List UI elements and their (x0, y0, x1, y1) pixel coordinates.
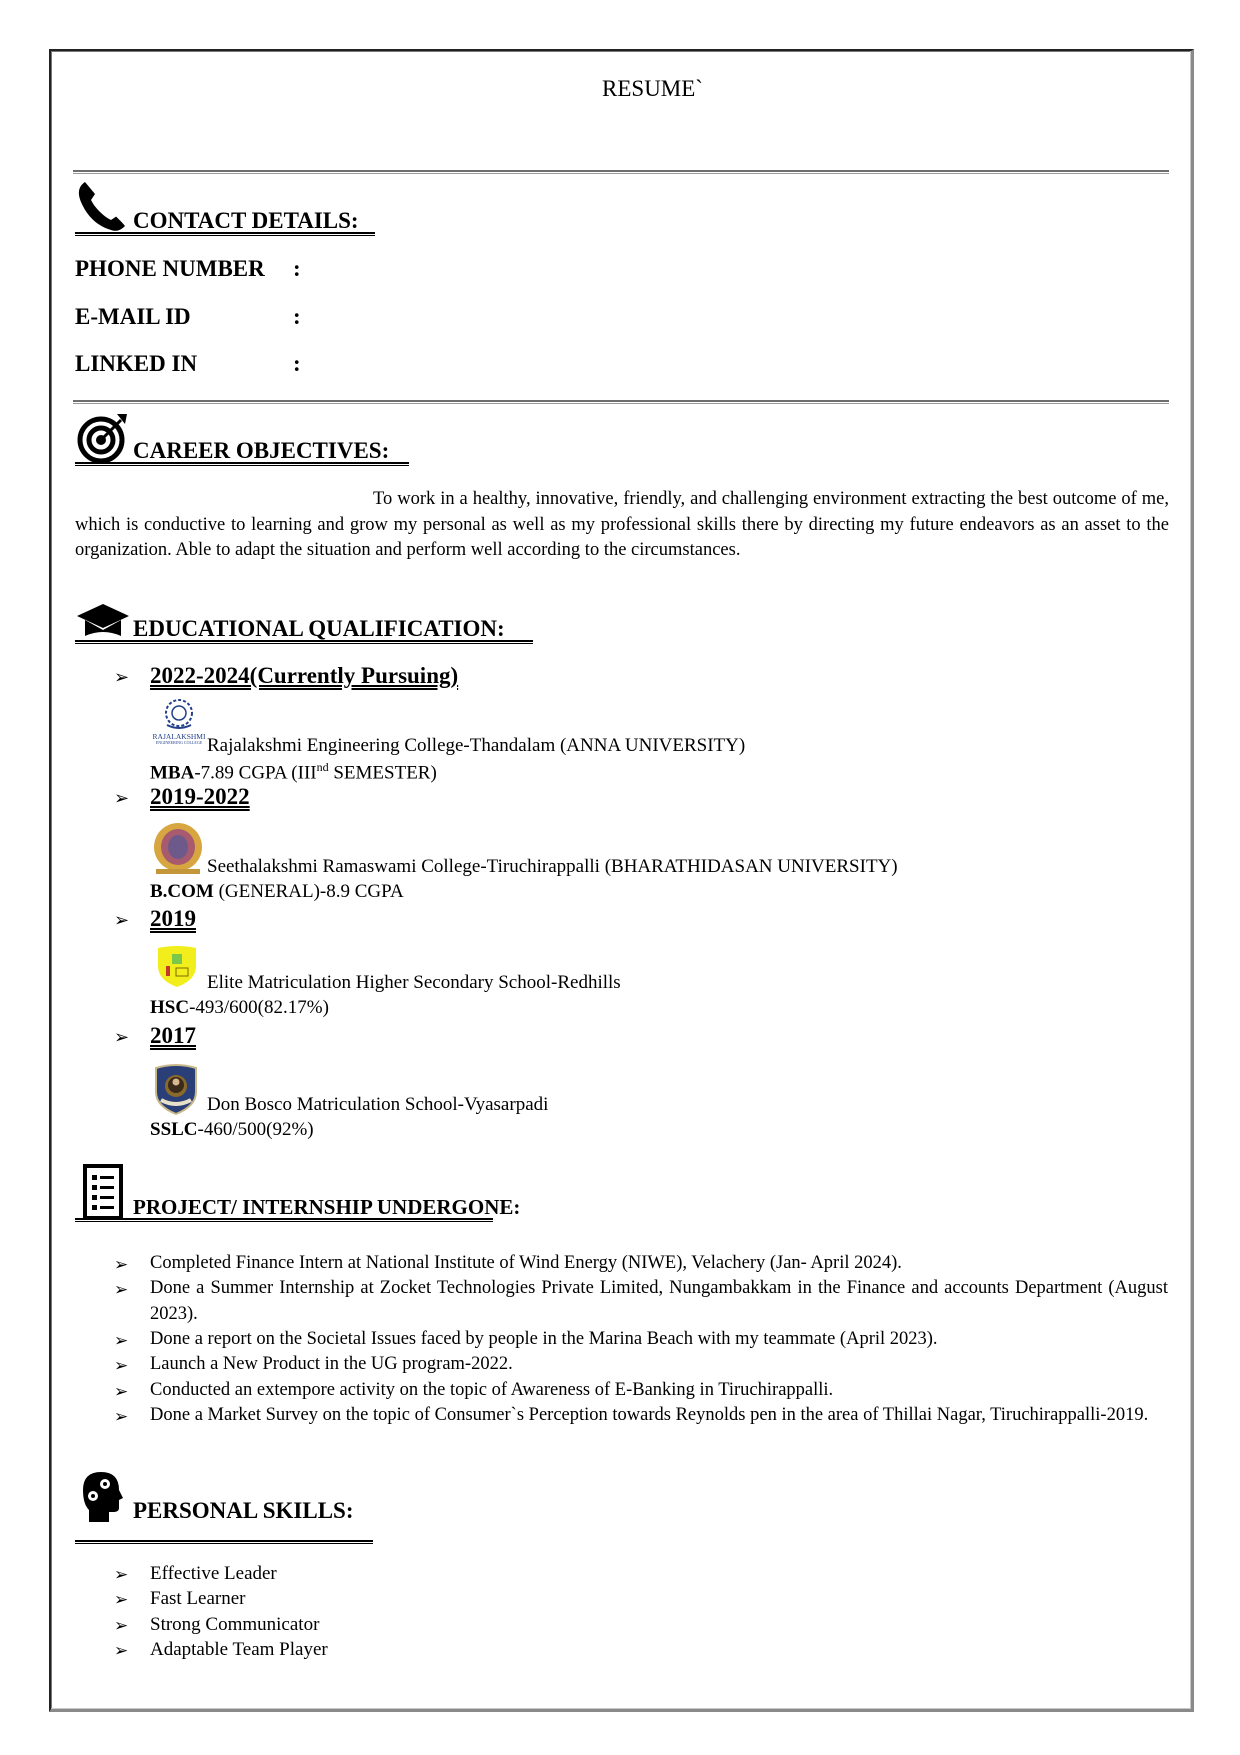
edu-score-1: -7.89 CGPA (III (194, 762, 316, 783)
objective-text: To work in a healthy, innovative, friend… (75, 489, 1169, 560)
elite-school-logo (156, 944, 198, 988)
edu-score-sup-1: nd (317, 760, 329, 774)
divider (73, 400, 1169, 404)
bullet-icon: ➢ (114, 1407, 128, 1427)
objective-paragraph: To work in a healthy, innovative, friend… (75, 487, 1169, 564)
bullet-icon: ➢ (114, 1331, 128, 1351)
linkedin-label: LINKED IN (75, 351, 293, 377)
email-separator: : (293, 304, 301, 329)
heading-underline (75, 462, 409, 466)
edu-institution-1: Rajalakshmi Engineering College-Thandala… (207, 735, 745, 757)
linkedin-separator: : (293, 351, 301, 376)
skill-item: Effective Leader (150, 1561, 1168, 1587)
edu-degree-2: B.COM (150, 881, 214, 902)
bullet-icon: ➢ (114, 1027, 129, 1048)
don-bosco-logo (153, 1062, 199, 1116)
edu-institution-4: Don Bosco Matriculation School-Vyasarpad… (207, 1094, 548, 1116)
edu-degree-4: SSLC (150, 1119, 198, 1140)
graduation-cap-icon (75, 586, 131, 642)
head-gears-icon (75, 1468, 131, 1524)
bullet-icon: ➢ (114, 1255, 128, 1275)
rajalakshmi-logo: RAJALAKSHMI ENGINEERING COLLEGE (151, 697, 207, 745)
bullet-icon: ➢ (114, 788, 129, 809)
project-item: Completed Finance Intern at National Ins… (150, 1251, 1168, 1277)
bullet-icon: ➢ (114, 1356, 128, 1376)
project-item: Launch a New Product in the UG program-2… (150, 1352, 1168, 1378)
bullet-icon: ➢ (114, 1280, 128, 1300)
education-section-header: EDUCATIONAL QUALIFICATION: (75, 586, 505, 642)
checklist-icon (75, 1164, 131, 1220)
skills-section-header: PERSONAL SKILLS: (75, 1468, 354, 1524)
contact-row-email: E-MAIL ID: (75, 304, 301, 330)
seethalakshmi-logo (152, 823, 204, 875)
project-item: Done a Summer Internship at Zocket Techn… (150, 1276, 1168, 1327)
skill-item: Adaptable Team Player (150, 1637, 1168, 1663)
skill-item: Strong Communicator (150, 1612, 1168, 1638)
edu-year-1: 2022-2024(Currently Pursuing) (150, 663, 458, 689)
resume-title: RESUME` (0, 76, 1240, 102)
contact-section-header: CONTACT DETAILS: (75, 178, 359, 234)
edu-detail-1: MBA-7.89 CGPA (IIInd SEMESTER) (150, 760, 437, 784)
heading-underline (75, 640, 533, 644)
edu-score-3: -493/600(82.17%) (189, 997, 329, 1018)
divider (73, 170, 1169, 174)
phone-icon (75, 178, 131, 234)
skills-heading: PERSONAL SKILLS: (133, 1498, 354, 1524)
bullet-icon: ➢ (114, 1641, 128, 1661)
email-label: E-MAIL ID (75, 304, 293, 330)
target-icon (75, 408, 131, 464)
edu-year-3: 2019 (150, 906, 196, 932)
edu-year-2: 2019-2022 (150, 784, 250, 810)
edu-detail-4: SSLC-460/500(92%) (150, 1119, 314, 1141)
projects-heading: PROJECT/ INTERNSHIP UNDERGONE: (133, 1194, 520, 1220)
edu-degree-3: HSC (150, 997, 189, 1018)
phone-separator: : (293, 256, 301, 281)
objectives-section-header: CAREER OBJECTIVES: (75, 408, 389, 464)
bullet-icon: ➢ (114, 1590, 128, 1610)
project-item: Done a Market Survey on the topic of Con… (150, 1403, 1168, 1429)
education-heading: EDUCATIONAL QUALIFICATION: (133, 616, 505, 642)
bullet-icon: ➢ (114, 667, 129, 688)
objectives-heading: CAREER OBJECTIVES: (133, 438, 389, 464)
projects-section-header: PROJECT/ INTERNSHIP UNDERGONE: (75, 1164, 520, 1220)
contact-heading: CONTACT DETAILS: (133, 208, 359, 234)
edu-score-post-1: SEMESTER) (329, 762, 437, 783)
heading-underline (75, 232, 375, 236)
project-item: Conducted an extempore activity on the t… (150, 1378, 1168, 1404)
bullet-icon: ➢ (114, 1565, 128, 1585)
contact-row-phone: PHONE NUMBER: (75, 256, 301, 282)
bullet-icon: ➢ (114, 1382, 128, 1402)
edu-score-2: (GENERAL)-8.9 CGPA (214, 881, 404, 902)
skill-item: Fast Learner (150, 1586, 1168, 1612)
edu-year-4: 2017 (150, 1023, 196, 1049)
edu-institution-2: Seethalakshmi Ramaswami College-Tiruchir… (207, 856, 898, 878)
edu-institution-3: Elite Matriculation Higher Secondary Sch… (207, 972, 621, 994)
edu-score-4: -460/500(92%) (198, 1119, 314, 1140)
bullet-icon: ➢ (114, 910, 129, 931)
heading-underline (75, 1218, 493, 1222)
edu-detail-2: B.COM (GENERAL)-8.9 CGPA (150, 881, 404, 903)
bullet-icon: ➢ (114, 1616, 128, 1636)
phone-label: PHONE NUMBER (75, 256, 293, 282)
heading-underline (75, 1540, 373, 1544)
logo-subtext: ENGINEERING COLLEGE (156, 740, 203, 745)
edu-degree-1: MBA (150, 762, 194, 783)
project-item: Done a report on the Societal Issues fac… (150, 1327, 1168, 1353)
edu-detail-3: HSC-493/600(82.17%) (150, 997, 329, 1019)
contact-row-linkedin: LINKED IN: (75, 351, 301, 377)
